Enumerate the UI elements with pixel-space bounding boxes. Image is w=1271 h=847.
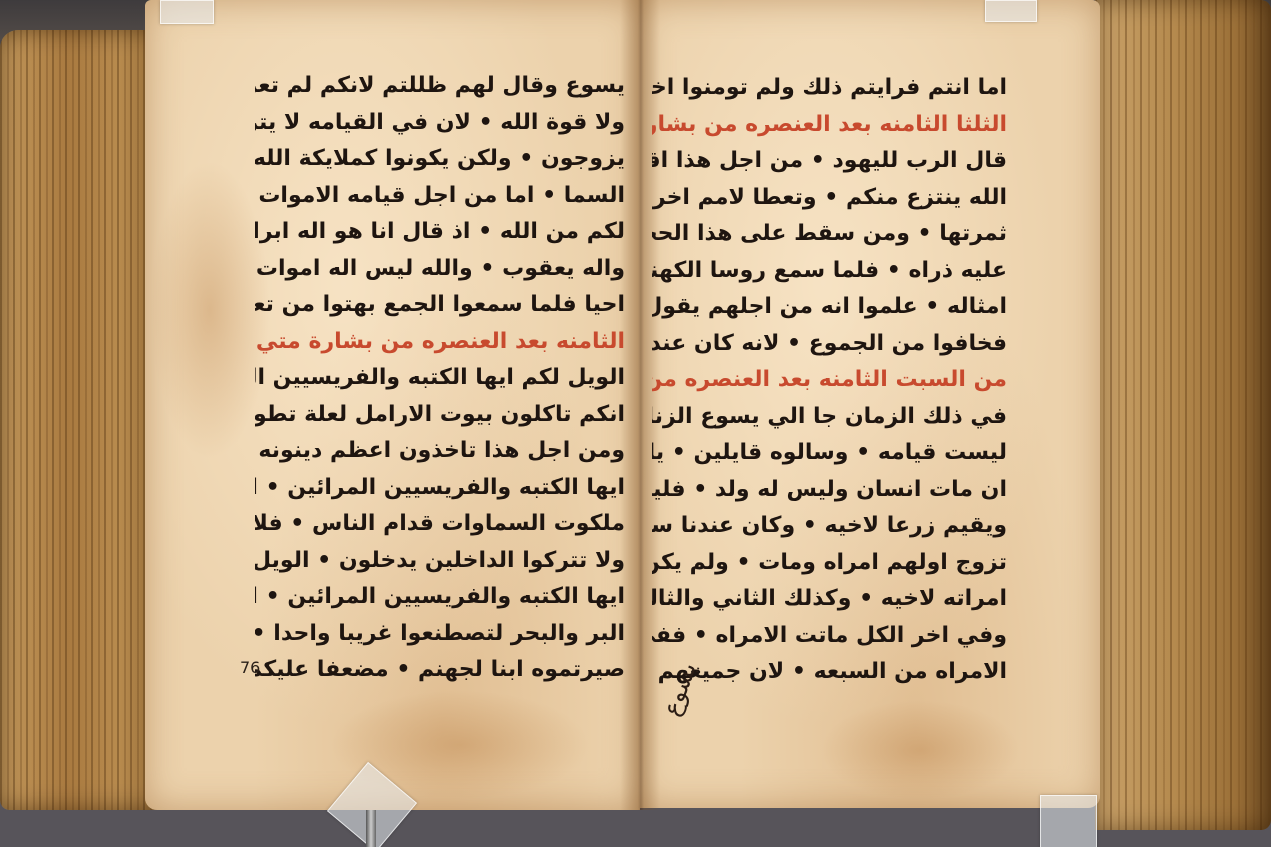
rubric-line: الثامنه بعد العنصره من بشارة متي • قال ا… [255, 324, 625, 361]
text-line: واله يعقوب • والله ليس اله اموات لكن اله [255, 251, 625, 288]
right-page-text: اما انتم فرايتم ذلك ولم تومنوا اخيرا لتو… [652, 70, 1007, 691]
text-line: ليست قيامه • وسالوه قايلين • يا معلم موس… [652, 435, 1007, 472]
text-line: يزوجون • ولكن يكونوا كملايكة الله في [255, 141, 625, 178]
text-line: صيرتموه ابنا لجهنم • مضعفا عليكم • الويل… [255, 652, 625, 689]
text-line: ايها الكتبه والفريسيين المرائين • انكم ت… [255, 579, 625, 616]
text-line: ايها الكتبه والفريسيين المرائين • انكم ت… [255, 470, 625, 507]
water-stain [820, 700, 1020, 800]
text-line: ومن اجل هذا تاخذون اعظم دينونه • الويل ل… [255, 433, 625, 470]
clip-stem [366, 810, 376, 847]
text-line: احيا فلما سمعوا الجمع بهتوا من تعليمه ال… [255, 287, 625, 324]
text-line: قال الرب لليهود • من اجل هذا اقول لكم ان… [652, 143, 1007, 180]
text-line: في ذلك الزمان جا الي يسوع الزنادقه الذين… [652, 399, 1007, 436]
text-line: فخافوا من الجموع • لانه كان عندهم مثل نب… [652, 326, 1007, 363]
book-clip [985, 0, 1037, 22]
text-line: يسوع وقال لهم ظللتم لانكم لم تعرفوا الكت… [255, 68, 625, 105]
text-line: وفي اخر الكل ماتت الامراه • ففي القيامه … [652, 618, 1007, 655]
text-line: الله ينتزع منكم • وتعطا لامم اخرين يصنعو… [652, 180, 1007, 217]
text-line: الويل لكم ايها الكتبه والفريسيين المرائي… [255, 360, 625, 397]
text-line: ويقيم زرعا لاخيه • وكان عندنا سبعة اخوه … [652, 508, 1007, 545]
left-page-text: يسوع وقال لهم ظللتم لانكم لم تعرفوا الكت… [255, 68, 625, 689]
text-line: انكم تاكلون بيوت الارامل لعلة تطويل صلات… [255, 397, 625, 434]
text-line: امراته لاخيه • وكذلك الثاني والثالث الي … [652, 581, 1007, 618]
text-line: ان مات انسان وليس له ولد • فليتزوج اخيه … [652, 472, 1007, 509]
text-line: عليه ذراه • فلما سمع روسا الكهنه • والفر… [652, 253, 1007, 290]
text-line: لكم من الله • اذ قال انا هو اله ابراهيم … [255, 214, 625, 251]
text-line: ولا تتركوا الداخلين يدخلون • الويل لكم [255, 543, 625, 580]
text-line: ملكوت السماوات قدام الناس • فلا انتم تدخ… [255, 506, 625, 543]
text-line: امثاله • علموا انه من اجلهم يقول • فهموا… [652, 289, 1007, 326]
folio-number: 76 [240, 658, 260, 677]
rubric-line: من السبت الثامنه بعد العنصره من بشارة مت… [652, 362, 1007, 399]
text-line: ثمرتها • ومن سقط على هذا الحجر يترضض • و… [652, 216, 1007, 253]
text-line: ولا قوة الله • لان في القيامه لا يتزوجون… [255, 105, 625, 142]
book-clip [160, 0, 214, 24]
book-clip [1040, 795, 1097, 847]
text-line: الامراه من السبعه • لان جميعهم اتخذوها •… [652, 654, 1007, 691]
text-line: اما انتم فرايتم ذلك ولم تومنوا اخيرا لتو… [652, 70, 1007, 107]
rubric-line: الثلثا الثامنه بعد العنصره من بشارة متي … [652, 107, 1007, 144]
water-stain [150, 160, 270, 460]
right-page-stack [1095, 0, 1271, 830]
text-line: البر والبحر لتصطنعوا غريبا واحدا • فاذا … [255, 616, 625, 653]
text-line: السما • اما من اجل قيامه الاموات • اما ق… [255, 178, 625, 215]
text-line: تزوج اولهم امراه ومات • ولم يكن له زرع •… [652, 545, 1007, 582]
